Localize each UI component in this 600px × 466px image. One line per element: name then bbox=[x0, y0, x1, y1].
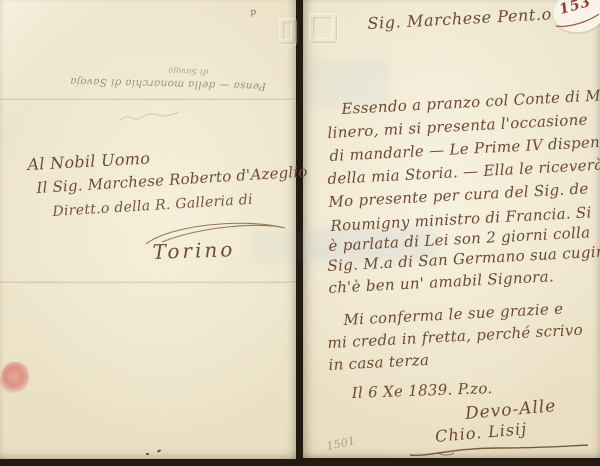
fold-crease-lower bbox=[0, 281, 296, 284]
faint-pencil-scribble bbox=[118, 110, 180, 124]
fold-crease-upper bbox=[0, 98, 296, 101]
signature-flourish bbox=[408, 444, 590, 458]
folio-number-arc bbox=[554, 14, 600, 28]
blind-stamp-right bbox=[309, 13, 337, 43]
corner-mark: p bbox=[250, 7, 257, 18]
blind-stamp-left bbox=[279, 18, 296, 44]
address-city: Torino bbox=[152, 237, 236, 264]
scanned-letter: p Pensa — della monarchia di Savoja di S… bbox=[0, 0, 600, 466]
